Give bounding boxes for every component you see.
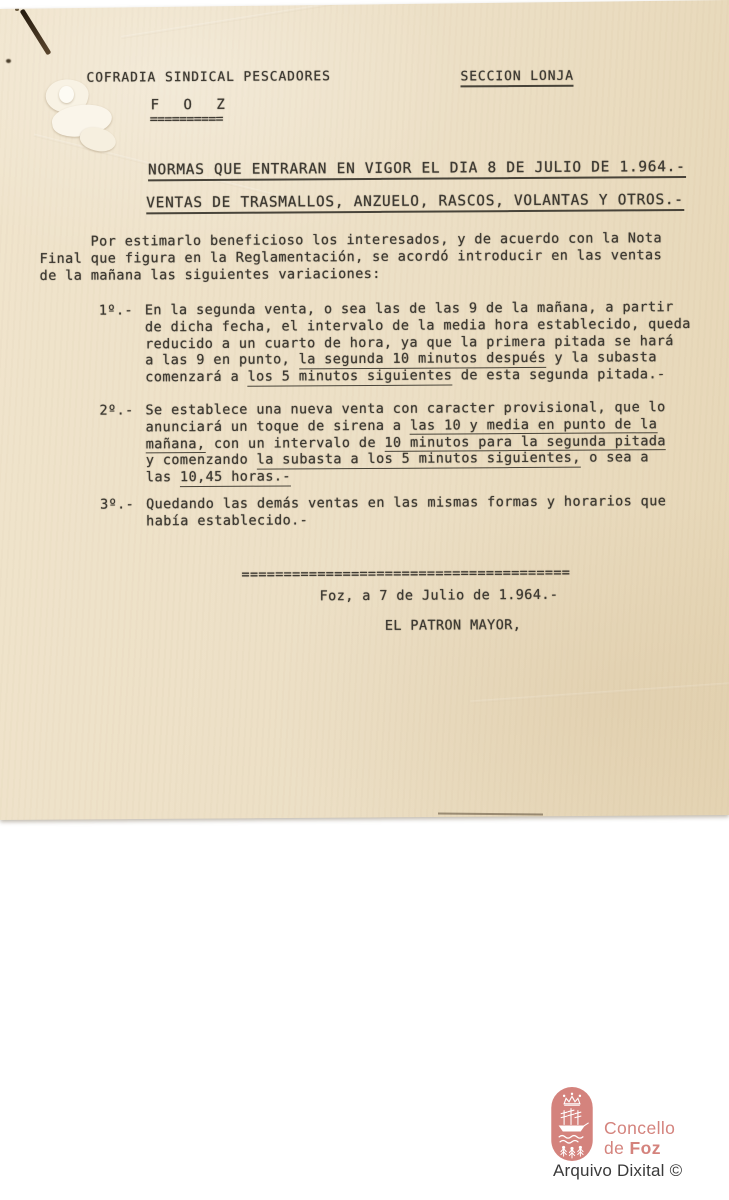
concello-de-foz-crest-icon (551, 1087, 593, 1162)
concello-de-foz-wordmark: Concello de Foz (604, 1118, 675, 1158)
item-text: Se establece una nueva venta con caracte… (145, 399, 691, 486)
place-name: F O Z (151, 98, 233, 113)
item-number-label: 2º.- (99, 402, 133, 419)
typed-line: las 10,45 horas.- (146, 466, 692, 486)
paper-background: COFRADIA SINDICAL PESCADORES SECCION LON… (0, 0, 729, 826)
item-text: Quedando las demás ventas en las mismas … (146, 493, 692, 530)
organization-name: COFRADIA SINDICAL PESCADORES (86, 70, 330, 84)
numbered-item: 2º.-Se establece una nueva venta con car… (99, 399, 691, 487)
typewritten-content: COFRADIA SINDICAL PESCADORES SECCION LON… (0, 0, 729, 828)
item-text: En la segunda venta, o sea las de las 9 … (145, 299, 691, 386)
date-line: Foz, a 7 de Julio de 1.964.- (320, 587, 559, 605)
intro-paragraph: Por estimarlo beneficioso los interesado… (39, 230, 662, 284)
section-heading: SECCION LONJA (460, 69, 574, 85)
document-title-line1: NORMAS QUE ENTRARAN EN VIGOR EL DIA 8 DE… (148, 159, 686, 179)
wordmark-line1: Concello (604, 1118, 675, 1138)
signature-line: EL PATRON MAYOR, (385, 617, 522, 635)
scanned-document-sheet: COFRADIA SINDICAL PESCADORES SECCION LON… (0, 0, 729, 826)
numbered-items: 1º.-En la segunda venta, o sea las de la… (99, 299, 692, 530)
typed-line: de la mañana las siguientes variaciones: (40, 264, 663, 285)
closing-divider-rule: ======================================= (241, 565, 570, 583)
document-title-line2: VENTAS DE TRASMALLOS, ANZUELO, RASCOS, V… (146, 192, 684, 212)
typed-line: Quedando las demás ventas en las mismas … (146, 493, 692, 513)
numbered-item: 1º.-En la segunda venta, o sea las de la… (99, 299, 691, 387)
archive-credit-text: Arquivo Dixital © (553, 1161, 682, 1181)
typed-line: y comenzando la subasta a los 5 minutos … (146, 449, 692, 469)
numbered-item: 3º.-Quedando las demás ventas en las mis… (100, 493, 692, 530)
typed-line: comenzará a los 5 minutos siguientes de … (145, 366, 691, 386)
wordmark-line2: de Foz (604, 1138, 675, 1158)
place-underline-rule: ========== (150, 113, 223, 126)
item-number-label: 3º.- (100, 496, 134, 513)
typed-line: había establecido.- (146, 510, 692, 530)
item-number-label: 1º.- (99, 302, 133, 319)
